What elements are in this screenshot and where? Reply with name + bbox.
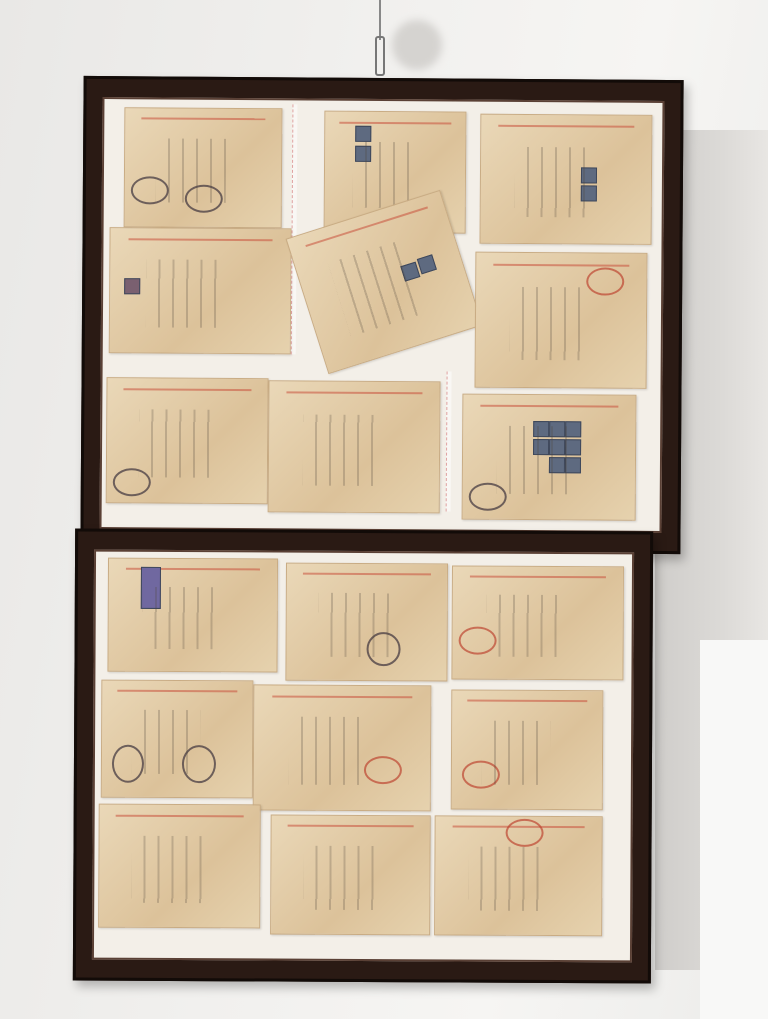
plastic-sleeve xyxy=(446,371,452,511)
document xyxy=(107,558,278,673)
document xyxy=(474,252,647,389)
document xyxy=(109,227,292,354)
document xyxy=(462,394,637,521)
document xyxy=(253,684,432,811)
document xyxy=(285,563,448,682)
document xyxy=(480,114,653,245)
upper-frame-glass xyxy=(99,97,664,533)
document xyxy=(451,565,624,680)
document xyxy=(434,815,603,936)
document xyxy=(106,377,269,504)
lower-frame xyxy=(73,528,653,983)
document xyxy=(98,804,261,929)
hook-shadow xyxy=(392,20,442,70)
document xyxy=(451,689,604,810)
lower-frame-glass xyxy=(92,550,634,963)
hanging-hook xyxy=(375,0,385,80)
plastic-sleeve xyxy=(291,104,298,354)
document xyxy=(270,815,431,936)
upper-frame xyxy=(80,76,683,554)
document xyxy=(124,107,283,228)
light-spot xyxy=(700,640,768,1019)
document xyxy=(101,680,254,799)
document xyxy=(268,380,441,513)
